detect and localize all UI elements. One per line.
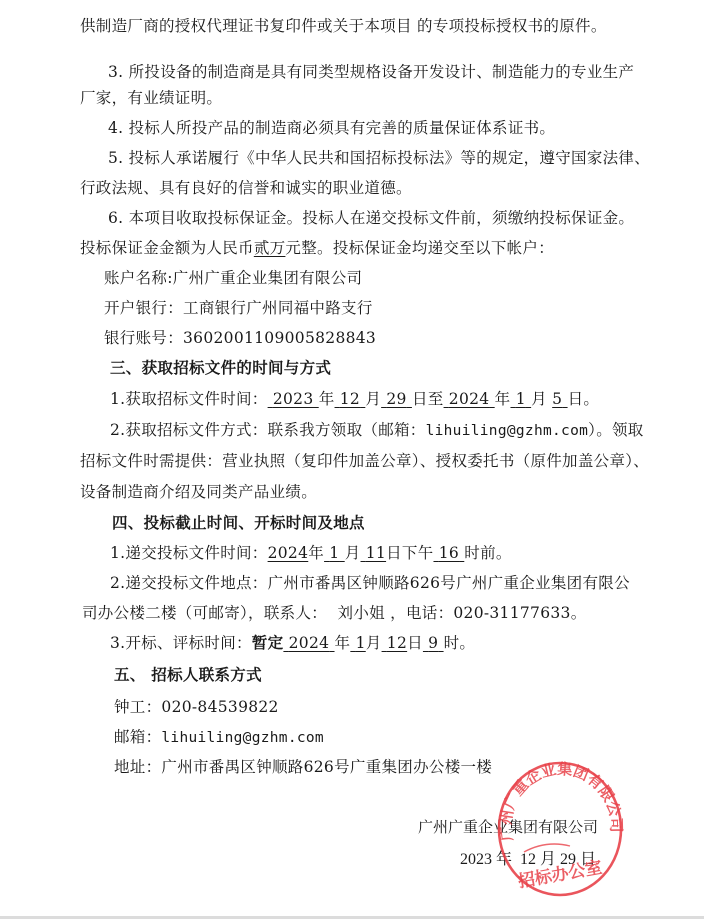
bank-name: 开户银行：工商银行广州同福中路支行 — [104, 298, 373, 318]
section-4-item-2: 2.递交投标文件地点：广州市番禺区钟顺路626号广州广重企业集团有限公 — [110, 573, 630, 593]
requirement-3-cont: 厂家，有业绩证明。 — [80, 88, 222, 108]
start-year: 2023 — [273, 390, 314, 408]
requirement-5-cont: 行政法规、具有良好的信誉和诚实的职业道德。 — [80, 178, 412, 198]
item-text: 投标人承诺履行《中华人民共和国招标投标法》等的规定，遵守国家法律、 — [129, 149, 650, 167]
opening-year: 2024 — [289, 634, 330, 652]
start-day: 29 — [386, 390, 406, 408]
bank-name-label: 开户银行： — [104, 299, 183, 317]
section-3-item-2-line3: 设备制造商介绍及同类产品业绩。 — [80, 482, 317, 502]
section-3-heading: 三、获取招标文件的时间与方式 — [110, 358, 331, 378]
requirement-4: 4. 投标人所投产品的制造商必须具有完善的质量保证体系证书。 — [108, 118, 555, 138]
bank-name-value: 工商银行广州同福中路支行 — [183, 299, 373, 317]
contact-phone-line: 钟工：020-84539822 — [114, 697, 279, 717]
deposit-amount: 贰万 — [254, 239, 286, 257]
contact-phone-value: 020-84539822 — [161, 698, 278, 716]
contact-person: 刘小姐 — [338, 604, 385, 622]
section-3-item-2-line2: 招标文件时需提供：营业执照（复印件加盖公章）、授权委托书（原件加盖公章）、 — [80, 451, 649, 471]
end-month: 1 — [516, 390, 526, 408]
item-number: 3. — [108, 63, 123, 81]
deadline-day: 11 — [366, 544, 386, 562]
bank-number-label: 银行账号： — [104, 329, 183, 347]
end-day: 5 — [552, 390, 562, 408]
deadline-year: 2024 — [268, 544, 309, 562]
account-name-value: 广州广重企业集团有限公司 — [173, 269, 363, 287]
item-number: 6. — [108, 209, 123, 227]
end-year: 2024 — [449, 390, 490, 408]
item-text: 本项目收取投标保证金。投标人在递交投标文件前，须缴纳投标保证金。 — [129, 209, 635, 227]
seal-icon: 广州广重企业集团有限公司 招标办公室 — [496, 760, 624, 898]
account-name: 账户名称:广州广重企业集团有限公司 — [104, 268, 362, 288]
email-link[interactable]: lihuiling@gzhm.com — [426, 423, 589, 439]
section-4-item-2-line2: 司办公楼二楼（可邮寄），联系人： 刘小姐 ，电话：020-31177633。 — [82, 603, 587, 623]
tentative-label: 暂定 — [252, 633, 284, 652]
section-3-item-1: 1.获取招标文件时间： 2023 年 12 月 29 日至 2024 年 1 月… — [110, 389, 599, 409]
item-number: 5. — [108, 149, 123, 167]
requirement-5: 5. 投标人承诺履行《中华人民共和国招标投标法》等的规定，遵守国家法律、 — [108, 148, 650, 168]
section-3-item-2: 2.获取招标文件方式：联系我方领取（邮箱：lihuiling@gzhm.com）… — [110, 420, 644, 441]
document-page: 供制造厂商的授权代理证书复印件或关于本项目 的专项投标授权书的原件。 3. 所投… — [0, 0, 704, 917]
deadline-month: 1 — [329, 544, 339, 562]
requirement-6: 6. 本项目收取投标保证金。投标人在递交投标文件前，须缴纳投标保证金。 — [108, 208, 634, 228]
item-text: 投标人所投产品的制造商必须具有完善的质量保证体系证书。 — [129, 119, 556, 137]
contact-email-link[interactable]: lihuiling@gzhm.com — [161, 730, 324, 746]
contact-address-value: 广州市番禺区钟顺路626号广重集团办公楼一楼 — [161, 758, 492, 776]
section-4-item-3: 3.开标、评标时间：暂定 2024 年 1月 12日 9 时。 — [110, 633, 475, 653]
contact-address-line: 地址：广州市番禺区钟顺路626号广重集团办公楼一楼 — [114, 757, 492, 777]
section-5-heading: 五、 招标人联系方式 — [114, 665, 262, 685]
contact-email-line: 邮箱：lihuiling@gzhm.com — [114, 727, 324, 748]
section-4-item-1: 1.递交投标文件时间：2024年 1 月 11日下午 16 时前。 — [110, 543, 512, 563]
item-number: 4. — [108, 119, 123, 137]
bank-number-value: 3602001109005828843 — [183, 329, 376, 347]
deadline-hour: 16 — [439, 544, 459, 562]
opening-day: 12 — [387, 634, 407, 652]
start-month: 12 — [340, 390, 360, 408]
svg-text:广州广重企业集团有限公司: 广州广重企业集团有限公司 — [497, 760, 624, 842]
official-seal: 广州广重企业集团有限公司 招标办公室 — [496, 760, 624, 898]
requirement-6-cont: 投标保证金金额为人民币贰万元整。投标保证金均递交至以下帐户： — [80, 238, 554, 258]
opening-month: 1 — [356, 634, 366, 652]
section-4-heading: 四、投标截止时间、开标时间及地点 — [112, 513, 365, 533]
account-name-label: 账户名称: — [104, 269, 173, 287]
bank-account-number: 银行账号：3602001109005828843 — [104, 328, 376, 348]
opening-hour: 9 — [428, 634, 438, 652]
contact-phone: 020-31177633。 — [453, 604, 586, 622]
item-text: 所投设备的制造商是具有同类型规格设备开发设计、制造能力的专业生产 — [129, 63, 635, 81]
requirement-3: 3. 所投设备的制造商是具有同类型规格设备开发设计、制造能力的专业生产 — [108, 62, 634, 82]
continued-paragraph: 供制造厂商的授权代理证书复印件或关于本项目 的专项投标授权书的原件。 — [80, 16, 607, 36]
